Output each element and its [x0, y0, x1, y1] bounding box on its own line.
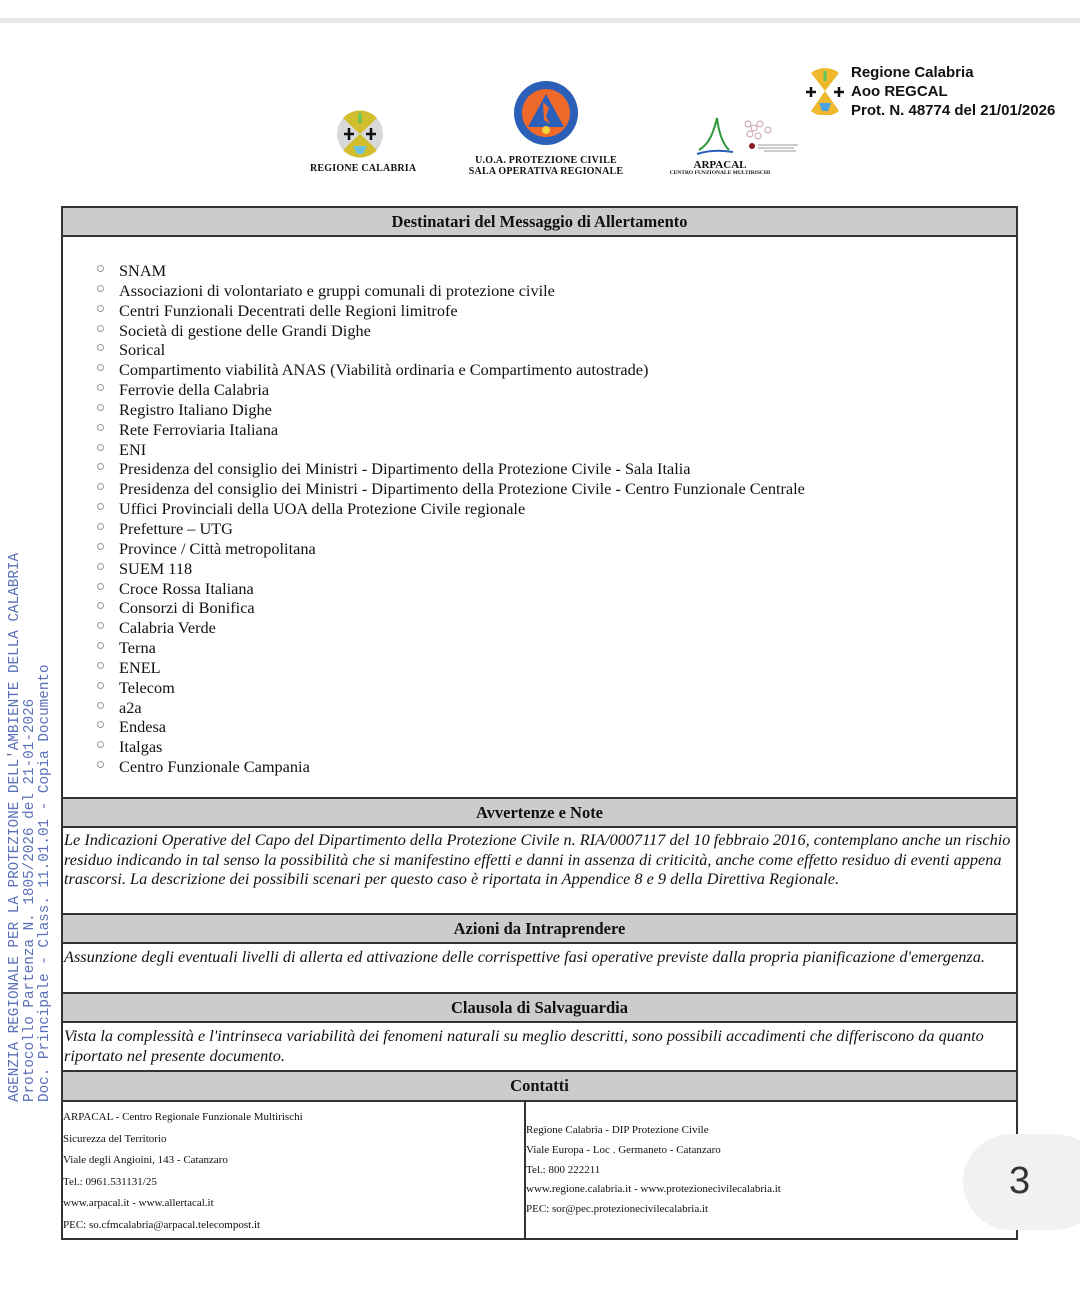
- circle-bullet-icon: [97, 463, 104, 470]
- recipient-name: Centro Funzionale Campania: [119, 757, 310, 776]
- actions-heading: Azioni da Intraprendere: [63, 915, 1016, 944]
- regione-calabria-caption: REGIONE CALABRIA: [310, 163, 410, 174]
- recipient-list-item: Società di gestione delle Grandi Dighe: [97, 321, 805, 341]
- alert-message-table: Destinatari del Messaggio di Allertament…: [61, 206, 1018, 1240]
- contact-line-arpacal: www.arpacal.it - www.allertacal.it: [63, 1193, 524, 1215]
- regione-calabria-logo: REGIONE CALABRIA: [310, 110, 410, 174]
- recipient-name: ENEL: [119, 658, 161, 677]
- recipient-list-item: Calabria Verde: [97, 618, 805, 638]
- recipient-name: Terna: [119, 638, 156, 657]
- contact-line-regione: Viale Europa - Loc . Germaneto - Catanza…: [526, 1141, 1016, 1161]
- regione-stamp-emblem-icon: [803, 67, 847, 115]
- recipient-list-item: Sorical: [97, 340, 805, 360]
- contact-line-arpacal: Viale degli Angioini, 143 - Catanzaro: [63, 1150, 524, 1172]
- recipient-name: Sorical: [119, 340, 165, 359]
- contact-line-regione: www.regione.calabria.it - www.protezione…: [526, 1180, 1016, 1200]
- circle-bullet-icon: [97, 583, 104, 590]
- recipient-name: Compartimento viabilità ANAS (Viabilità …: [119, 360, 648, 379]
- recipient-name: Telecom: [119, 678, 175, 697]
- recipient-list-item: Endesa: [97, 717, 805, 737]
- recipient-name: Uffici Provinciali della UOA della Prote…: [119, 499, 525, 518]
- recipient-list-item: Terna: [97, 638, 805, 658]
- contact-line-arpacal: PEC: so.cfmcalabria@arpacal.telecompost.…: [63, 1215, 524, 1237]
- recipient-list-item: Registro Italiano Dighe: [97, 400, 805, 420]
- circle-bullet-icon: [97, 483, 104, 490]
- contact-line-arpacal: Sicurezza del Territorio: [63, 1129, 524, 1151]
- recipient-name: Province / Città metropolitana: [119, 539, 316, 558]
- recipient-list-item: Italgas: [97, 737, 805, 757]
- circle-bullet-icon: [97, 721, 104, 728]
- circle-bullet-icon: [97, 364, 104, 371]
- recipient-name: Italgas: [119, 737, 162, 756]
- recipient-name: Prefetture – UTG: [119, 519, 233, 538]
- contact-line-arpacal: ARPACAL - Centro Regionale Funzionale Mu…: [63, 1107, 524, 1129]
- contact-line-regione: PEC: sor@pec.protezionecivilecalabria.it: [526, 1200, 1016, 1220]
- contacts-section: ARPACAL - Centro Regionale Funzionale Mu…: [63, 1102, 1016, 1240]
- recipient-list-item: Consorzi di Bonifica: [97, 598, 805, 618]
- circle-bullet-icon: [97, 662, 104, 669]
- circle-bullet-icon: [97, 285, 104, 292]
- recipient-list-item: ENEL: [97, 658, 805, 678]
- recipient-list-item: Compartimento viabilità ANAS (Viabilità …: [97, 360, 805, 380]
- recipient-name: Presidenza del consiglio dei Ministri - …: [119, 479, 805, 498]
- actions-text: Assunzione degli eventuali livelli di al…: [63, 944, 1016, 994]
- circle-bullet-icon: [97, 424, 104, 431]
- recipient-list-item: Rete Ferroviaria Italiana: [97, 420, 805, 440]
- circle-bullet-icon: [97, 523, 104, 530]
- recipient-list-item: SUEM 118: [97, 559, 805, 579]
- circle-bullet-icon: [97, 265, 104, 272]
- recipient-name: Endesa: [119, 717, 166, 736]
- recipient-name: Rete Ferroviaria Italiana: [119, 420, 278, 439]
- stamp-line-aoo: Aoo REGCAL: [851, 82, 1055, 101]
- recipient-name: Società di gestione delle Grandi Dighe: [119, 321, 371, 340]
- recipient-list-item: Prefetture – UTG: [97, 519, 805, 539]
- recipient-name: Associazioni di volontariato e gruppi co…: [119, 281, 555, 300]
- arpacal-caption: ARPACAL: [655, 160, 785, 170]
- recipient-name: a2a: [119, 698, 142, 717]
- contact-line-regione: Regione Calabria - DIP Protezione Civile: [526, 1121, 1016, 1141]
- circle-bullet-icon: [97, 563, 104, 570]
- watermark-line1: AGENZIA REGIONALE PER LA PROTEZIONE DELL…: [8, 553, 23, 1102]
- recipients-section: SNAMAssociazioni di volontariato e grupp…: [63, 237, 1016, 799]
- circle-bullet-icon: [97, 602, 104, 609]
- contact-line-regione: Tel.: 800 222211: [526, 1161, 1016, 1181]
- recipient-list-item: Presidenza del consiglio dei Ministri - …: [97, 479, 805, 499]
- recipient-name: Calabria Verde: [119, 618, 216, 637]
- recipients-list: SNAMAssociazioni di volontariato e grupp…: [97, 261, 805, 777]
- circle-bullet-icon: [97, 325, 104, 332]
- regione-calabria-emblem-icon: [336, 110, 384, 158]
- safeguard-text: Vista la complessità e l'intrinseca vari…: [63, 1023, 1016, 1072]
- circle-bullet-icon: [97, 682, 104, 689]
- recipient-list-item: Croce Rossa Italiana: [97, 579, 805, 599]
- recipient-list-item: ENI: [97, 440, 805, 460]
- circle-bullet-icon: [97, 642, 104, 649]
- protezione-civile-logo: U.O.A. PROTEZIONE CIVILE SALA OPERATIVA …: [466, 80, 626, 177]
- recipient-list-item: SNAM: [97, 261, 805, 281]
- protocol-watermark: AGENZIA REGIONALE PER LA PROTEZIONE DELL…: [8, 553, 53, 1102]
- circle-bullet-icon: [97, 741, 104, 748]
- circle-bullet-icon: [97, 384, 104, 391]
- protezione-civile-caption-line1: U.O.A. PROTEZIONE CIVILE: [466, 155, 626, 166]
- notes-heading: Avvertenze e Note: [63, 799, 1016, 828]
- sistema-nazionale-icon: [740, 118, 810, 158]
- stamp-line-region: Regione Calabria: [851, 63, 1055, 82]
- circle-bullet-icon: [97, 543, 104, 550]
- recipient-name: SUEM 118: [119, 559, 192, 578]
- recipient-name: SNAM: [119, 261, 166, 280]
- viewer-top-divider: [0, 18, 1080, 23]
- recipient-name: Ferrovie della Calabria: [119, 380, 269, 399]
- circle-bullet-icon: [97, 344, 104, 351]
- page-number: 3: [1009, 1160, 1030, 1203]
- arpacal-subcaption: CENTRO FUNZIONALE MULTIRISCHI: [655, 170, 785, 176]
- recipient-list-item: a2a: [97, 698, 805, 718]
- recipients-heading: Destinatari del Messaggio di Allertament…: [63, 208, 1016, 237]
- contacts-regione: Regione Calabria - DIP Protezione Civile…: [526, 1102, 1016, 1238]
- protezione-civile-caption-line2: SALA OPERATIVA REGIONALE: [466, 166, 626, 177]
- recipient-name: Consorzi di Bonifica: [119, 598, 255, 617]
- recipient-name: Registro Italiano Dighe: [119, 400, 272, 419]
- circle-bullet-icon: [97, 444, 104, 451]
- watermark-line3: Doc. Principale - Class. 11.01.01 - Copi…: [38, 553, 53, 1102]
- recipient-list-item: Centri Funzionali Decentrati delle Regio…: [97, 301, 805, 321]
- recipient-list-item: Associazioni di volontariato e gruppi co…: [97, 281, 805, 301]
- circle-bullet-icon: [97, 761, 104, 768]
- recipient-name: Presidenza del consiglio dei Ministri - …: [119, 459, 691, 478]
- circle-bullet-icon: [97, 622, 104, 629]
- recipient-list-item: Ferrovie della Calabria: [97, 380, 805, 400]
- recipient-list-item: Uffici Provinciali della UOA della Prote…: [97, 499, 805, 519]
- contacts-arpacal: ARPACAL - Centro Regionale Funzionale Mu…: [63, 1102, 526, 1238]
- recipient-list-item: Province / Città metropolitana: [97, 539, 805, 559]
- recipient-name: Centri Funzionali Decentrati delle Regio…: [119, 301, 458, 320]
- recipient-list-item: Presidenza del consiglio dei Ministri - …: [97, 459, 805, 479]
- recipient-name: ENI: [119, 440, 146, 459]
- circle-bullet-icon: [97, 702, 104, 709]
- contact-line-arpacal: Tel.: 0961.531131/25: [63, 1172, 524, 1194]
- recipient-name: Croce Rossa Italiana: [119, 579, 254, 598]
- watermark-line2: Protocollo Partenza N. 1805/2026 del 21-…: [23, 553, 38, 1102]
- safeguard-heading: Clausola di Salvaguardia: [63, 994, 1016, 1023]
- recipient-list-item: Centro Funzionale Campania: [97, 757, 805, 777]
- circle-bullet-icon: [97, 503, 104, 510]
- contacts-heading: Contatti: [63, 1072, 1016, 1102]
- protezione-civile-emblem-icon: [513, 80, 579, 146]
- circle-bullet-icon: [97, 404, 104, 411]
- notes-text: Le Indicazioni Operative del Capo del Di…: [63, 828, 1016, 915]
- stamp-line-protocol: Prot. N. 48774 del 21/01/2026: [851, 101, 1055, 120]
- recipient-list-item: Telecom: [97, 678, 805, 698]
- circle-bullet-icon: [97, 305, 104, 312]
- page-number-indicator[interactable]: 3: [963, 1134, 1080, 1230]
- arpacal-mark-icon: [695, 116, 735, 156]
